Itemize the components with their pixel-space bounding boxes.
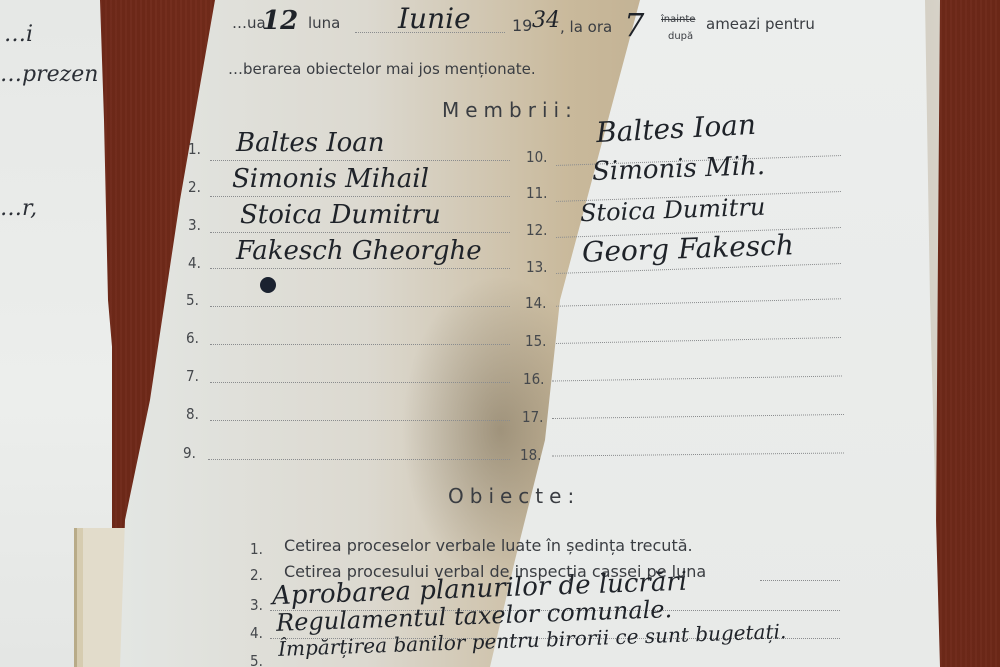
fragment-text-2: …prezen [0, 62, 98, 87]
member-line [210, 344, 510, 345]
member-name: Stoica Dumitru [240, 200, 441, 230]
header-time-crossed: înainte [661, 14, 695, 25]
member-line [210, 420, 510, 421]
member-number: 2. [188, 178, 201, 196]
member-number: 6. [186, 329, 199, 347]
object-number: 5. [250, 652, 263, 667]
member-number: 16. [523, 370, 544, 388]
header-year-hand: 34 [532, 8, 560, 33]
member-name: Fakesch Gheorghe [236, 236, 482, 266]
member-line [210, 382, 510, 383]
ink-blot [260, 277, 276, 293]
member-line [210, 268, 510, 269]
header-time-suffix: ameazi pentru [706, 15, 815, 33]
member-number: 15. [525, 332, 546, 350]
member-number: 3. [188, 216, 201, 234]
object-number: 4. [250, 624, 263, 642]
header-month-label: luna [308, 14, 340, 32]
header-day: 12 [262, 6, 298, 36]
member-number: 17. [522, 408, 543, 426]
fragment-text-1: …i [4, 22, 33, 47]
member-line [210, 196, 510, 197]
member-number: 7. [186, 367, 199, 385]
member-line [208, 459, 510, 460]
header-hour: 7 [624, 6, 644, 44]
member-number: 1. [188, 140, 201, 158]
member-number: 4. [188, 254, 201, 272]
object-number: 2. [250, 566, 263, 584]
member-number: 9. [183, 444, 196, 462]
header-year-printed: 19 [512, 16, 532, 35]
member-number: 5. [186, 291, 199, 309]
member-line [210, 306, 510, 307]
members-heading: Membrii: [442, 98, 578, 122]
header-prefix: …ua [232, 14, 266, 32]
member-number: 8. [186, 405, 199, 423]
member-line [210, 232, 510, 233]
object-number: 3. [250, 596, 263, 614]
object-line [760, 580, 840, 581]
member-number: 11. [526, 184, 547, 202]
member-number: 13. [526, 258, 547, 276]
objects-heading: Obiecte: [448, 484, 580, 508]
member-name: Simonis Mihail [232, 164, 429, 194]
header-line-2: …berarea obiectelor mai jos menționate. [228, 60, 536, 78]
fragment-text-3: …r, [0, 196, 37, 221]
member-name: Simonis Mih. [592, 151, 766, 187]
member-number: 18. [520, 446, 541, 464]
header-hour-label: , la ora [560, 18, 612, 36]
member-number: 14. [525, 294, 546, 312]
header-month: Iunie [398, 2, 471, 35]
header-time-selected: după [668, 31, 693, 42]
member-number: 12. [526, 221, 547, 239]
member-number: 10. [526, 148, 547, 166]
member-name: Baltes Ioan [236, 128, 385, 158]
object-item-printed: Cetirea proceselor verbale luate în ședi… [284, 536, 693, 555]
object-number: 1. [250, 540, 263, 558]
member-line [210, 160, 510, 161]
